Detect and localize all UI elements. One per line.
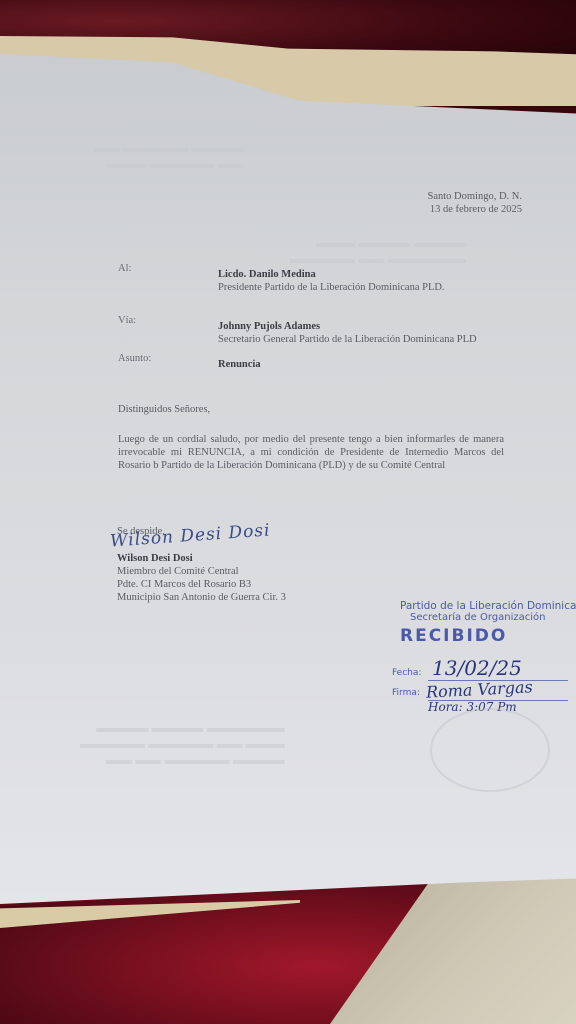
signer-line-3: Municipio San Antonio de Guerra Cir. 3 xyxy=(117,591,286,604)
letter-body: Luego de un cordial saludo, por medio de… xyxy=(118,433,504,472)
letter-place-date: Santo Domingo, D. N. 13 de febrero de 20… xyxy=(428,190,523,216)
bleed-through-text: ▬▬▬▬ ▬▬▬▬ ▬▬▬▬▬▬▬▬▬ ▬▬ ▬▬▬▬▬ xyxy=(290,235,466,267)
signer-line-1: Miembro del Comité Central xyxy=(117,565,286,578)
recipient-block: Licdo. Danilo Medina Presidente Partido … xyxy=(218,268,445,294)
stamp-dept: Secretaría de Organización xyxy=(410,612,545,623)
via-block: Johnny Pujols Adames Secretario General … xyxy=(218,320,477,346)
signer-name: Wilson Desi Dosi xyxy=(117,552,286,565)
received-stamp: Partido de la Liberación Dominicana Secr… xyxy=(392,596,576,726)
stamp-signature-label: Firma: xyxy=(392,688,420,698)
via-title: Secretario General Partido de la Liberac… xyxy=(218,333,477,346)
stamp-date-value: 13/02/25 xyxy=(432,656,522,680)
subject-label: Asunto: xyxy=(118,352,151,365)
salutation: Distinguidos Señores, xyxy=(118,403,210,416)
bleed-through-text: ▬▬▬▬▬▬ ▬▬▬▬ ▬▬▬▬▬▬▬ ▬▬ ▬▬▬▬▬ ▬▬▬▬▬▬▬▬▬ ▬… xyxy=(80,720,285,768)
to-label: Al: xyxy=(118,262,131,275)
letter-place: Santo Domingo, D. N. xyxy=(428,190,523,203)
subject-value: Renuncia xyxy=(218,358,261,371)
faint-seal xyxy=(430,708,550,792)
via-name: Johnny Pujols Adames xyxy=(218,320,477,333)
signer-line-2: Pdte. CI Marcos del Rosario B3 xyxy=(117,578,286,591)
recipient-title: Presidente Partido de la Liberación Domi… xyxy=(218,281,445,294)
stamp-org: Partido de la Liberación Dominicana xyxy=(400,600,576,612)
bleed-through-text: ▬▬▬▬ ▬▬▬▬▬ ▬▬▬▬ ▬▬▬▬▬ ▬▬▬ xyxy=(94,140,244,172)
letter-date: 13 de febrero de 2025 xyxy=(428,203,523,216)
stamp-status: RECIBIDO xyxy=(400,626,507,646)
stamp-date-label: Fecha: xyxy=(392,668,421,678)
recipient-name: Licdo. Danilo Medina xyxy=(218,268,445,281)
via-label: Vía: xyxy=(118,314,136,327)
